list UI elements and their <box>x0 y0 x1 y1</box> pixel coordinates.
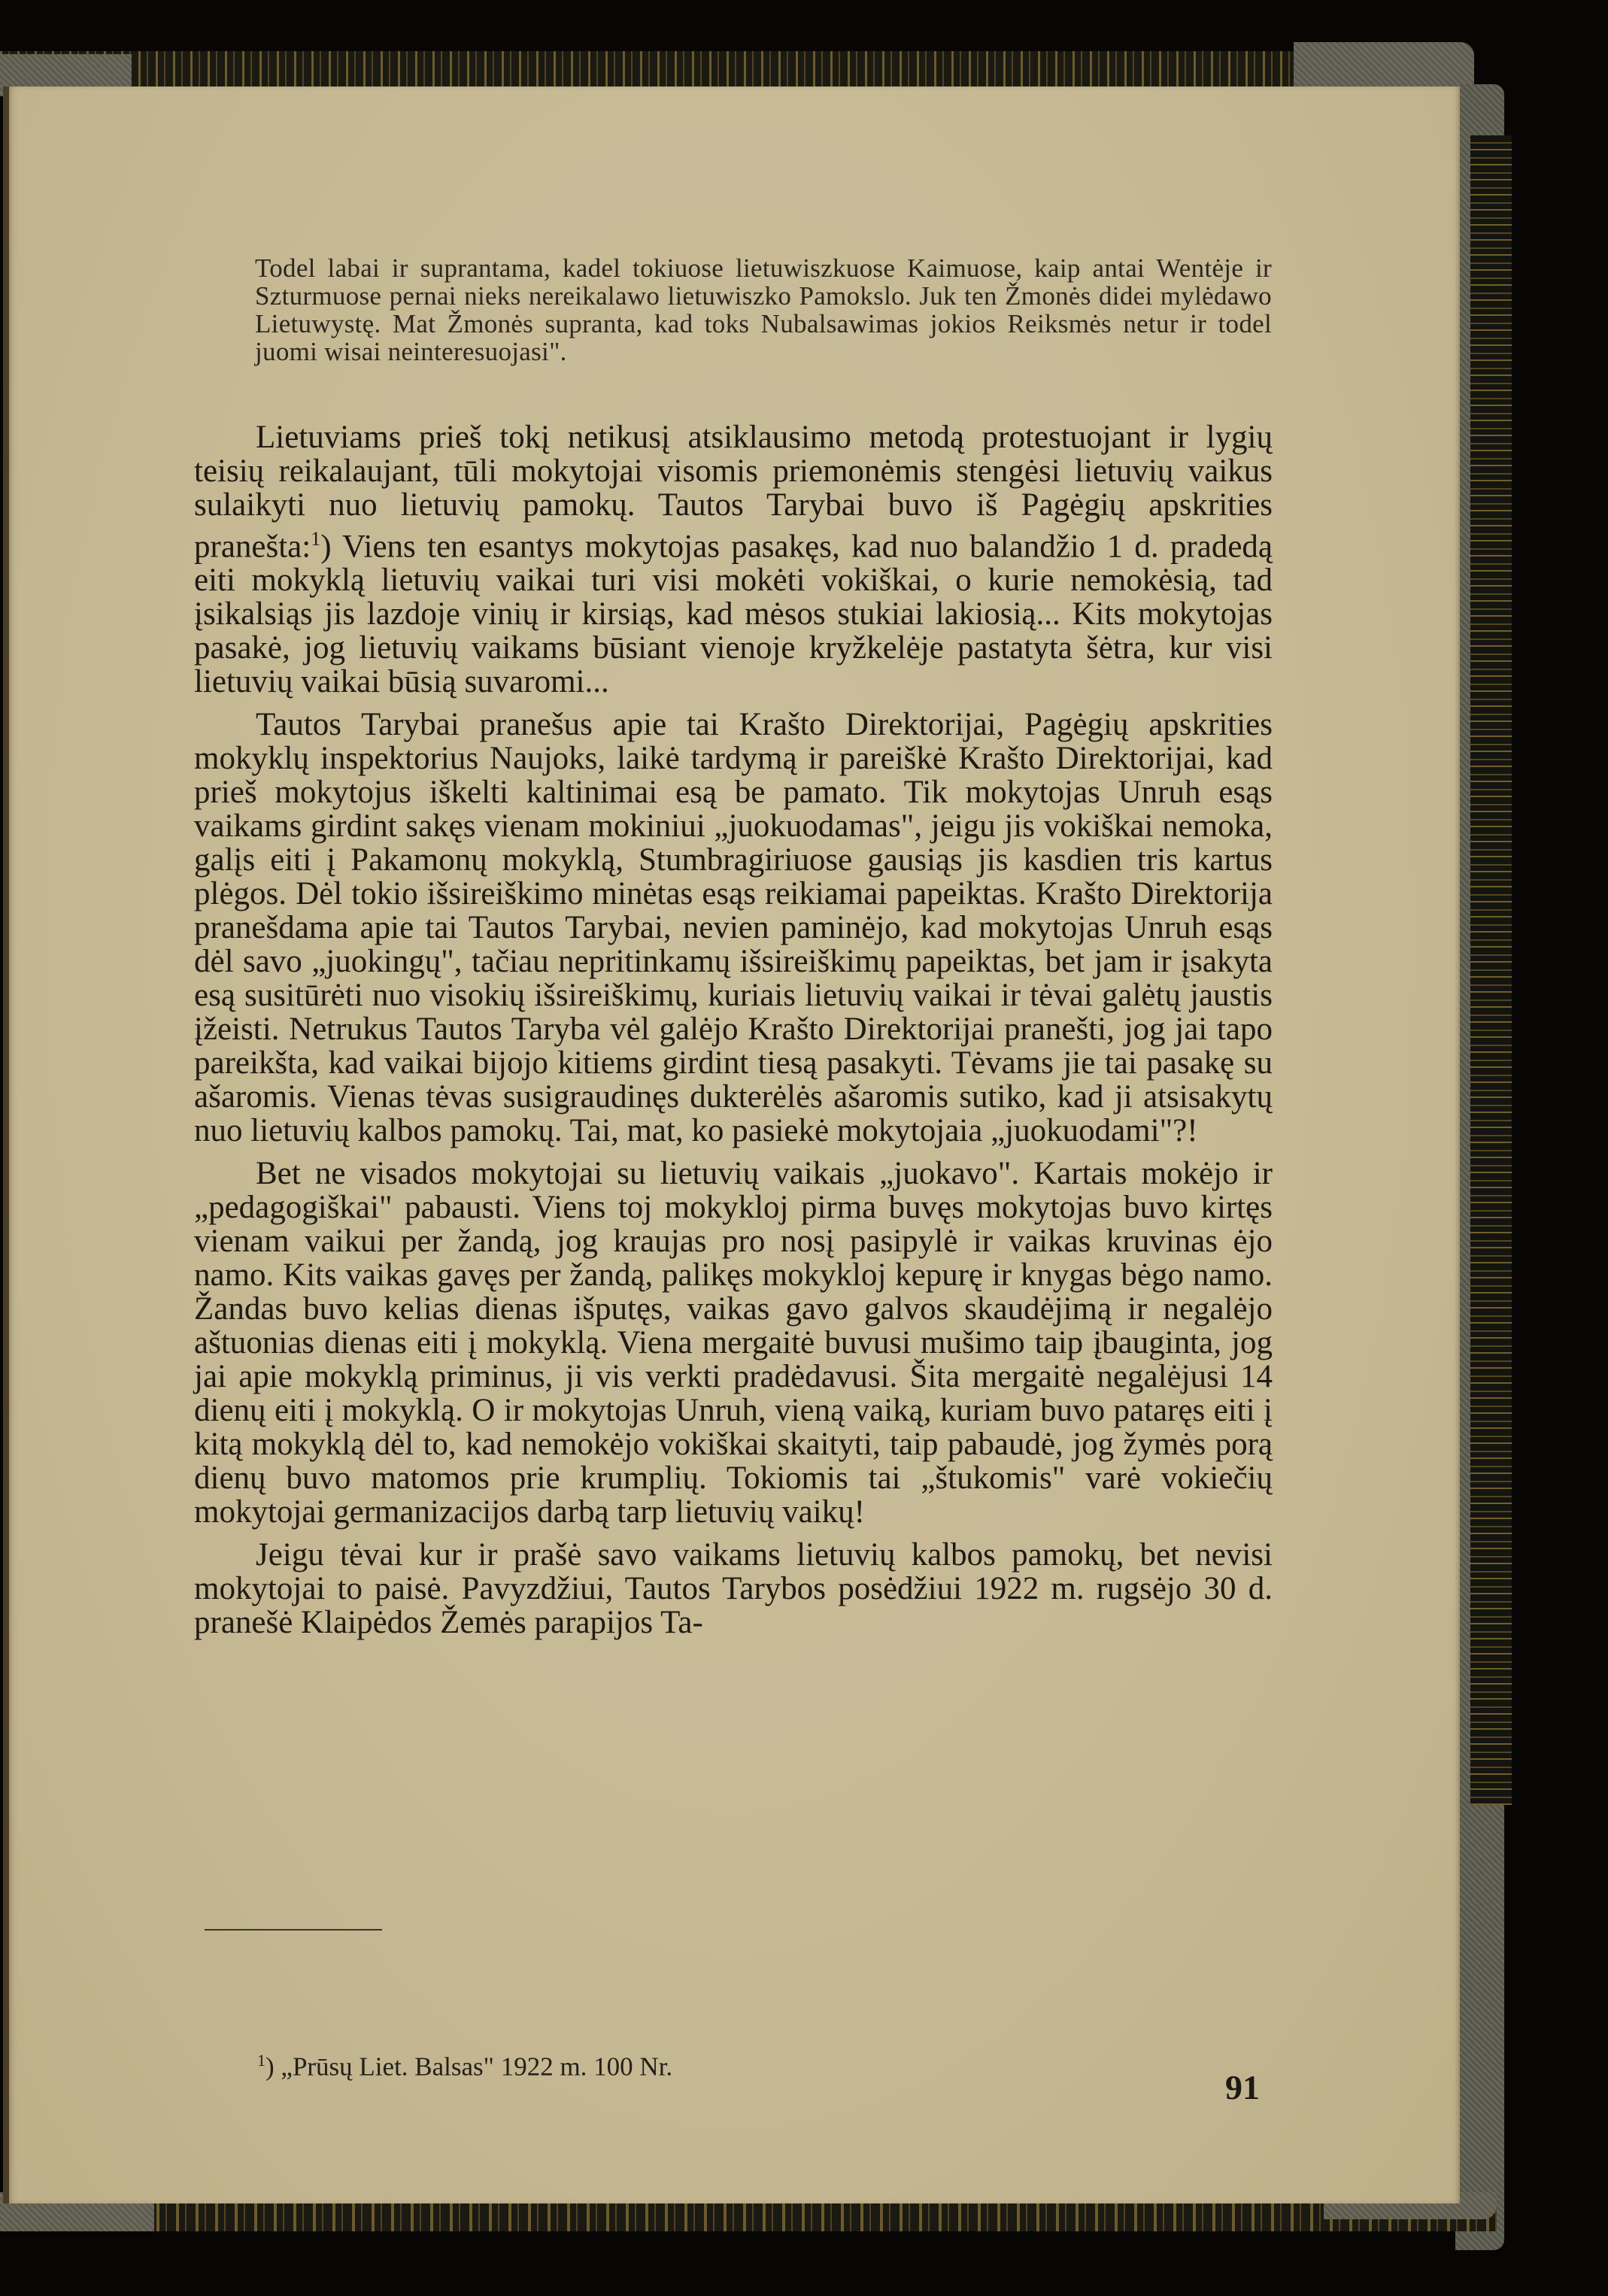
paragraph-4: Jeigu tėvai kur ir prašė savo vaikams li… <box>194 1538 1273 1639</box>
paragraph-3: Bet ne visados mokytojai su lietuvių vai… <box>194 1157 1273 1529</box>
footnote-marker: 1 <box>257 2051 265 2070</box>
paragraph-1-after-ref: ) Viens ten esantys mokytojas pasakęs, k… <box>194 529 1273 699</box>
footnote-divider <box>205 1929 382 1931</box>
quote-block: Todel labai ir suprantama, kadel tokiuos… <box>255 254 1272 365</box>
footnote-reference: 1 <box>311 528 320 550</box>
paragraph-1: Lietuviams prieš tokį netikusį atsiklaus… <box>194 420 1273 699</box>
book-page: Todel labai ir suprantama, kadel tokiuos… <box>3 86 1460 2203</box>
body-text: Lietuviams prieš tokį netikusį atsiklaus… <box>194 420 1273 1648</box>
book-bottom-edge <box>0 2200 1497 2231</box>
page-number: 91 <box>1225 2067 1260 2107</box>
quote-paragraph: Todel labai ir suprantama, kadel tokiuos… <box>255 254 1272 365</box>
footnote: 1) „Prūsų Liet. Balsas" 1922 m. 100 Nr. <box>257 2046 672 2082</box>
book-spine-marbled <box>1470 135 1512 1805</box>
paragraph-2: Tautos Tarybai pranešus apie tai Krašto … <box>194 708 1273 1148</box>
footnote-text: ) „Prūsų Liet. Balsas" 1922 m. 100 Nr. <box>265 2052 672 2082</box>
